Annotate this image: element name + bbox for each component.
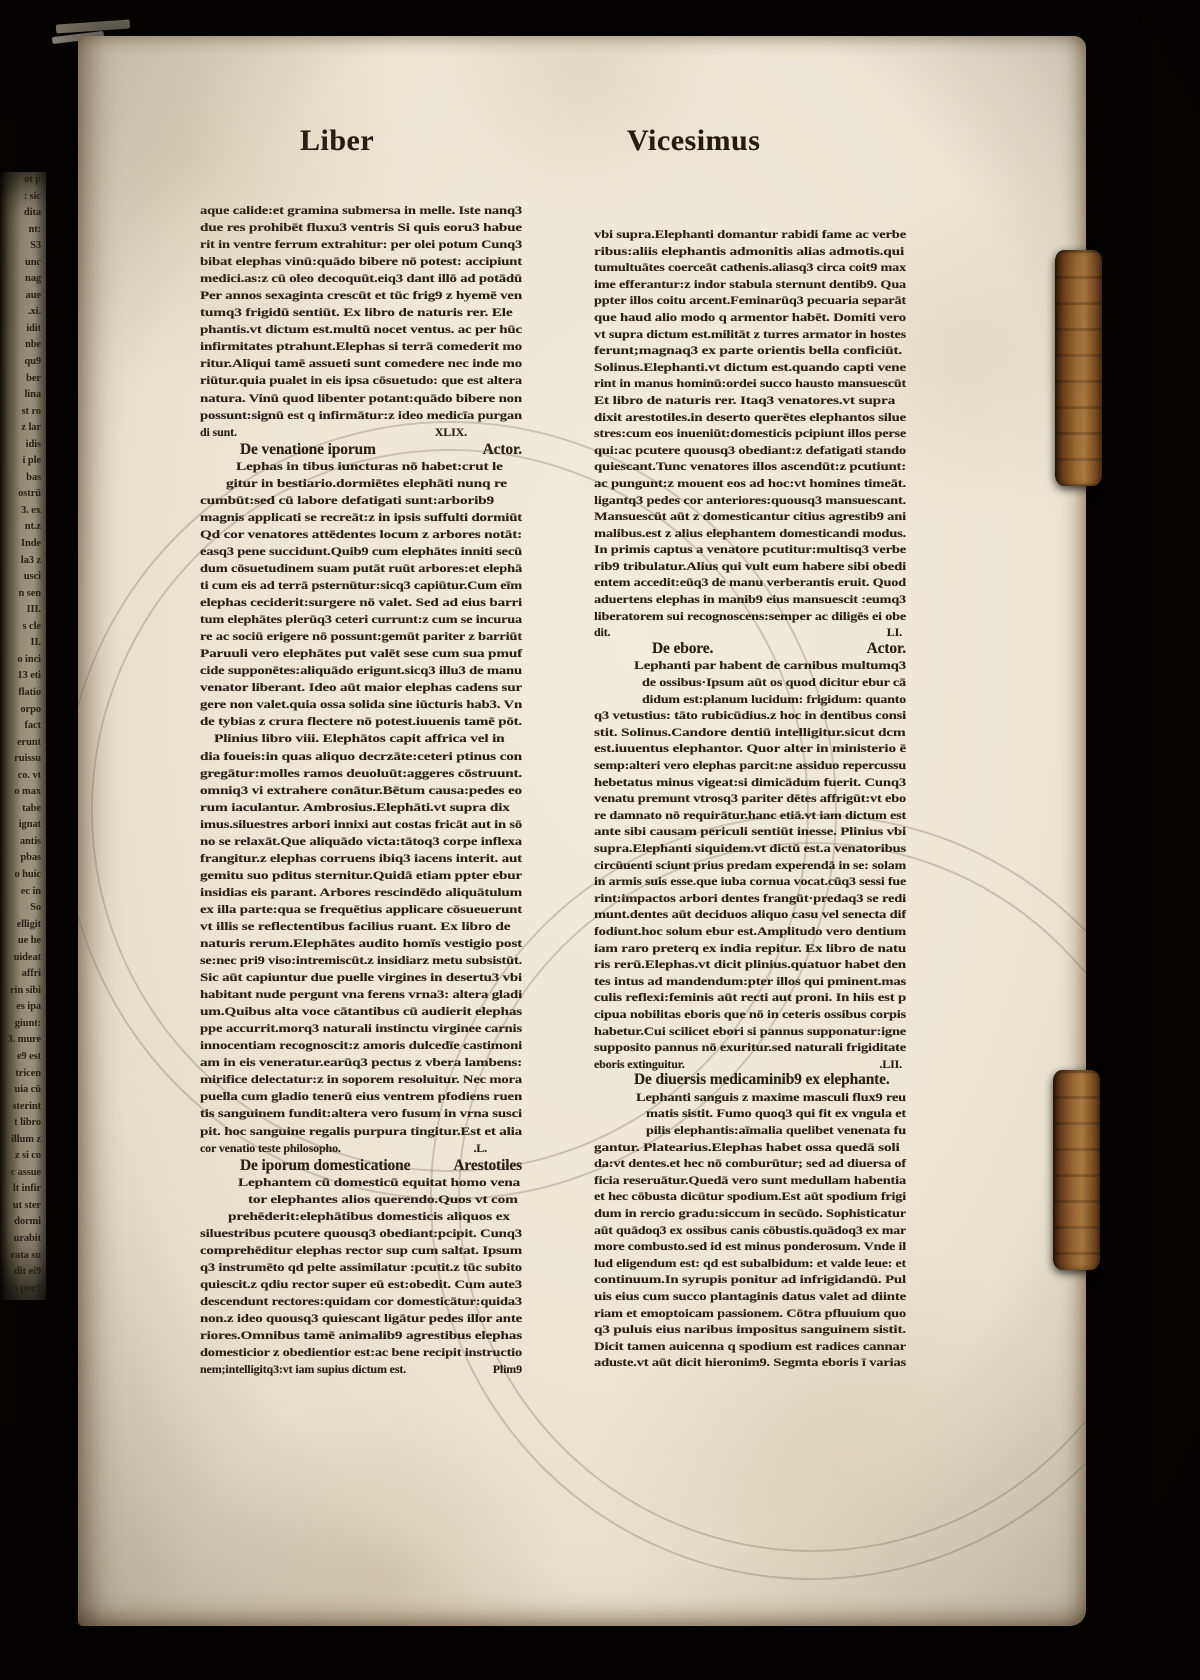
margin-fragment: lina — [0, 387, 46, 404]
margin-fragment: flatio — [0, 685, 46, 702]
text-line: pit. hoc sanguine regalis purpura tingit… — [200, 1123, 522, 1140]
margin-fragment: bas — [0, 470, 46, 487]
text-line: gregātur:molles ramos deuoluūt:aggeres c… — [200, 765, 522, 782]
text-line: ante sibi causam periculi sentiūt inesse… — [594, 823, 906, 840]
text-line: ime efferantur:z indor stabula sternunt … — [594, 276, 906, 293]
margin-fragment: ber — [0, 371, 46, 388]
text-line: ris rerū.Elephas.vt dicit plinius.quatuo… — [594, 956, 906, 973]
text-line: tes intus ad mandendum:pter illos qui pm… — [594, 973, 906, 990]
margin-fragment: 3. ex — [0, 503, 46, 520]
text-line: dum in rercio gradu:siccum in secūdo. So… — [594, 1205, 906, 1222]
margin-fragment: la3 z — [0, 553, 46, 570]
margin-fragment: antis — [0, 834, 46, 851]
text-line: gere non valet.quia ossa solida sine iūc… — [200, 696, 522, 713]
text-line: aque calide:et gramina submersa in melle… — [200, 202, 522, 219]
text-line: Lephanti sanguis z maxime masculi flux9 … — [594, 1089, 906, 1106]
text-line: tum elephātes plerūq3 ceteri currunt:z c… — [200, 611, 522, 628]
margin-fragment: uia cū — [0, 1082, 46, 1099]
margin-fragment: .xi. — [0, 304, 46, 321]
margin-fragment: idit — [0, 321, 46, 338]
text-line: riores.Omnibus tamē animalib9 agrestibus… — [200, 1327, 522, 1344]
text-line: riam et emoptoicam passionem. Cōtra pflu… — [594, 1305, 906, 1322]
margin-fragment: giunt: — [0, 1016, 46, 1033]
text-line: ferunt;magnaq3 ex parte orientis bella c… — [594, 342, 906, 359]
text-line: lud eligendum est: qd est subalbidum: et… — [594, 1255, 906, 1272]
margin-fragment: rata su — [0, 1248, 46, 1265]
text-line: tumultuātes coerceāt cathenis.aliasq3 ci… — [594, 259, 906, 276]
margin-fragment: affri — [0, 966, 46, 983]
previous-page-margin-strip: ot p: sicditant:S3uncnagaue.xi.iditnbequ… — [0, 172, 46, 1300]
text-line: Solinus.Elephanti.vt dictum est.quando c… — [594, 359, 906, 376]
margin-fragment: ut ster — [0, 1198, 46, 1215]
margin-fragment: pbas — [0, 850, 46, 867]
text-line: Et libro de naturis rer. Itaq3 venatores… — [594, 392, 906, 409]
text-line: puella cum gladio tenerū eius ventrem pf… — [200, 1088, 522, 1105]
text-line: culis reflexi:feminis aūt recti aut pron… — [594, 989, 906, 1006]
text-line: malibus.est z alius elephantem domestica… — [594, 525, 906, 542]
text-line: tis sanguinem fundit:altera vero fusum i… — [200, 1105, 522, 1122]
text-line: omniq3 vi extrahere conātur.Bētum causa:… — [200, 782, 522, 799]
margin-fragment: III. — [0, 602, 46, 619]
text-line: semp:alteri vero elephas parcit:ne assid… — [594, 757, 906, 774]
margin-fragment: z lar — [0, 420, 46, 437]
margin-fragment: fact — [0, 718, 46, 735]
margin-fragment: tricen — [0, 1066, 46, 1083]
text-line: dia foueis:in quas aliquo decrzāte:ceter… — [200, 748, 522, 765]
margin-fragment: es ipa — [0, 999, 46, 1016]
text-line: stit. Solinus.Candore dentiū intelligitu… — [594, 724, 906, 741]
margin-fragment: So — [0, 900, 46, 917]
text-line: In primis captus a venatore pcutitur:mul… — [594, 541, 906, 558]
text-line: ribus:aliis elephantis admonitis alias a… — [594, 243, 906, 260]
text-line: elephas ceciderit:surgere nō valet. Sed … — [200, 594, 522, 611]
text-line: ppter illos coitu arcent.Feminarūq3 pecu… — [594, 292, 906, 309]
text-line: imus.siluestres arbori innixi aut costas… — [200, 816, 522, 833]
text-line: eboris extinguitur..LII. — [594, 1056, 906, 1073]
text-line: gantur. Platearius.Elephas habet ossa qu… — [594, 1139, 906, 1156]
margin-fragment: 13 eti — [0, 668, 46, 685]
text-line: phantis.vt dictum est.multū nocet ventus… — [200, 321, 522, 338]
text-line: natura. Vinū quod libenter potant:quādo … — [200, 390, 522, 407]
margin-fragment: elligit — [0, 917, 46, 934]
margin-fragment: lt infir — [0, 1181, 46, 1198]
text-line: iam raro preterq ex india repitur. Ex li… — [594, 940, 906, 957]
text-line: uis eius cum succo plantaginis datus val… — [594, 1288, 906, 1305]
text-line: more combusto.sed id est minus ponderosu… — [594, 1238, 906, 1255]
text-line: pilis elephantis:aīmalia quelibet venena… — [594, 1122, 906, 1139]
margin-fragment: illum z — [0, 1132, 46, 1149]
margin-fragment: urabit — [0, 1231, 46, 1248]
text-line: q3 puluis eius naribus impositus sanguin… — [594, 1321, 906, 1338]
text-line: entem accedit:eūq3 de manu verberantis e… — [594, 574, 906, 591]
text-line: quiescant.Tunc venatores illos ascendūt:… — [594, 458, 906, 475]
text-line: munt.dentes aūt deciduos aliquo casu vel… — [594, 906, 906, 923]
text-line: medici.as:z cū oleo decoquūt.eiq3 dant i… — [200, 270, 522, 287]
text-line: Paruuli vero elephātes put valēt sese cu… — [200, 645, 522, 662]
text-line: qui:ac pcutere quousq3 obediant:z defati… — [594, 442, 906, 459]
text-line: insidias eis parant. Arbores rescindēdo … — [200, 884, 522, 901]
margin-fragment: o max — [0, 784, 46, 801]
text-line: supposito pannus nō exuritur.sed natural… — [594, 1039, 906, 1056]
leather-strap-top — [1055, 250, 1102, 486]
text-line: Sic aūt capiuntur due puelle virgines in… — [200, 969, 522, 986]
text-line: naturis rerum.Elephātes audito homīs ves… — [200, 935, 522, 952]
text-line: ficia reseruātur.Quedā vero sunt medulla… — [594, 1172, 906, 1189]
text-line: ppe accurrit.morq3 naturali instinctu vi… — [200, 1020, 522, 1037]
text-line: descendunt rectores:quidam cor domesticā… — [200, 1293, 522, 1310]
margin-fragment: dormi — [0, 1214, 46, 1231]
margin-fragment: tabe — [0, 801, 46, 818]
text-line: dum cōsuetudinem suam putāt ruūt arbores… — [200, 560, 522, 577]
text-line: que haud alio modo q armentor habēt. Dom… — [594, 309, 906, 326]
text-line: matis sistit. Fumo quoq3 qui fit ex vngu… — [594, 1105, 906, 1122]
margin-fragment: n sen — [0, 586, 46, 603]
section-heading: De iporum domesticationeArestotiles — [200, 1157, 522, 1174]
text-line: Per annos sexaginta crescūt et tūc frig9… — [200, 287, 522, 304]
text-line: aduste.vt aūt dicit hieronim9. Segmta eb… — [594, 1354, 906, 1371]
text-line: et hec cōbusta dicūtur spodium.Est aūt s… — [594, 1188, 906, 1205]
margin-fragment: 3. mure — [0, 1032, 46, 1049]
text-line: rit in ventre ferrum extrahitur: per ole… — [200, 236, 522, 253]
text-line: mirifice delectatur:z in soporem resolui… — [200, 1071, 522, 1088]
leather-strap-bottom — [1053, 1070, 1100, 1270]
text-line: venator liberant. Ideo aūt maior elephas… — [200, 679, 522, 696]
text-line: easq3 pene succidunt.Quib9 cum elephātes… — [200, 543, 522, 560]
margin-fragment: t libro — [0, 1115, 46, 1132]
text-line: ritur.Aliqui tamē assueti sunt comedere … — [200, 355, 522, 372]
text-line: infirmitates ptrahunt.Elephas si terrā c… — [200, 338, 522, 355]
section-heading: De venatione iporumActor. — [200, 441, 522, 458]
section-heading: De diuersis medicaminib9 ex elephante. — [594, 1072, 906, 1089]
margin-fragment: e9 est — [0, 1049, 46, 1066]
left-text-column: aque calide:et gramina submersa in melle… — [200, 202, 522, 1378]
text-line: ti cum eis ad terrā psternūtur:sicq3 cap… — [200, 577, 522, 594]
photo-of-incunabulum: { "colors": { "background": "#060402", "… — [0, 0, 1200, 1680]
margin-fragment: o inci — [0, 652, 46, 669]
text-line: frangitur.z elephas corruens ibiq3 iacen… — [200, 850, 522, 867]
margin-fragment: nt.z — [0, 519, 46, 536]
text-line: Mansuescūt aūt z domesticantur citius ag… — [594, 508, 906, 525]
text-line: domesticior z obedientior est:ac bene re… — [200, 1344, 522, 1361]
book-page: Liber Vicesimus aque calide:et gramina s… — [78, 36, 1086, 1626]
margin-fragment: erunt — [0, 735, 46, 752]
text-line: ex illa parte:qua se frequētius applicar… — [200, 901, 522, 918]
text-line: gitur in bestiario.dormiētes elephāti nu… — [200, 475, 522, 492]
margin-fragment: ruissu — [0, 751, 46, 768]
text-line: hebetatus minus vigeat:si dimicādum fuer… — [594, 774, 906, 791]
text-line: prehēderit:elephātibus domesticis aliquo… — [200, 1208, 522, 1225]
text-line: vt illis se reflectentibus facilius ruan… — [200, 918, 522, 935]
right-text-column: vbi supra.Elephanti domantur rabidi fame… — [594, 226, 906, 1371]
margin-fragment: nbe — [0, 337, 46, 354]
text-line: in armis suis esse.que iuba cornua vocat… — [594, 873, 906, 890]
text-line: est.iuuentus elephantor. Quor alter in m… — [594, 740, 906, 757]
text-line: bibat elephas vinū:quādo bibere nō potes… — [200, 253, 522, 270]
text-line: ac pungunt:z mouent eos ad hoc:vt homine… — [594, 475, 906, 492]
text-line: stres:cum eos inueniūt:domesticis pcipiu… — [594, 425, 906, 442]
text-line: rint in manus hominū:ordei succo hausto … — [594, 375, 906, 392]
text-line: Lephas in tibus iuncturas nō habet:crut … — [200, 458, 522, 475]
text-line: rib9 tribulatur.Alius qui vult eum haber… — [594, 558, 906, 575]
text-line: liberatorem sui recognoscens:semper ac d… — [594, 608, 906, 625]
margin-fragment: ec in — [0, 884, 46, 901]
text-line: no se relaxāt.Que aliquādo victa:tātoq3 … — [200, 833, 522, 850]
margin-fragment: aue — [0, 288, 46, 305]
margin-fragment: co. vt — [0, 768, 46, 785]
text-line: vbi supra.Elephanti domantur rabidi fame… — [594, 226, 906, 243]
margin-fragment: rin sibi — [0, 983, 46, 1000]
text-line: de ossibus·Ipsum aūt os quod dicitur ebu… — [594, 674, 906, 691]
text-line: um.Quibus alta voce cātantibus cū audier… — [200, 1003, 522, 1020]
margin-fragment: st ro — [0, 404, 46, 421]
text-line: rint:impactos arbori dentes frangūt·pred… — [594, 890, 906, 907]
text-line: vt supra dictum est.militāt z turres arm… — [594, 326, 906, 343]
text-line: aduertens elephas in manib9 eius mansues… — [594, 591, 906, 608]
text-line: am in eis veneratur.earūq3 pectus z vber… — [200, 1054, 522, 1071]
text-line: quiescit.z qdiu rector super eū est:obed… — [200, 1276, 522, 1293]
margin-fragment: i ple — [0, 453, 46, 470]
margin-fragment: idis — [0, 437, 46, 454]
margin-fragment: z si co — [0, 1148, 46, 1165]
margin-fragment: ostrū — [0, 486, 46, 503]
text-line: comprehēditur elephas rector sup cum sal… — [200, 1242, 522, 1259]
text-line: dixit arestotiles.in deserto querētes el… — [594, 409, 906, 426]
margin-fragment: unc — [0, 255, 46, 272]
text-line: venatu premunt vtrosq3 pariter dētes aff… — [594, 790, 906, 807]
margin-fragment: usci — [0, 569, 46, 586]
text-line: cipua nobilitas eboris que nō in ceteris… — [594, 1006, 906, 1023]
text-line: di sunt.XLIX. — [200, 424, 522, 441]
text-line: ligantq3 pedes cor anteriores:quousq3 ma… — [594, 492, 906, 509]
text-line: due res prohibēt fluxu3 ventris Si quis … — [200, 219, 522, 236]
text-line: q3 instrumēto qd pelte assimilatur :pcut… — [200, 1259, 522, 1276]
text-line: fodiunt.hoc solum ebur est.Amplitudo ver… — [594, 923, 906, 940]
text-line: habetur.Cui scilicet ebori si pannus sup… — [594, 1023, 906, 1040]
margin-fragment: sterint — [0, 1099, 46, 1116]
margin-fragment: ue he — [0, 933, 46, 950]
margin-fragment: qu9 — [0, 354, 46, 371]
margin-fragment: s cle — [0, 619, 46, 636]
margin-fragment: nag — [0, 271, 46, 288]
text-line: Plinius libro viii. Elephātos capit affr… — [200, 730, 522, 747]
margin-fragment: uideat — [0, 950, 46, 967]
margin-fragment: II. — [0, 635, 46, 652]
text-line: Lephantem cū domesticū equitat homo vena — [200, 1174, 522, 1191]
text-line: possunt:signū est q infirmātur:z ideo me… — [200, 407, 522, 424]
text-line: cumbūt:sed cū labore defatigati sunt:arb… — [200, 492, 522, 509]
text-line: Lephanti par habent de carnibus multumq3 — [594, 657, 906, 674]
margin-fragment: ignat — [0, 817, 46, 834]
text-line: Dicit tamen auicenna q spodium est radic… — [594, 1338, 906, 1355]
text-line: non.z ideo quousq3 quiescant ligātur ped… — [200, 1310, 522, 1327]
text-line: cor venatio teste philosopho..L. — [200, 1140, 522, 1157]
text-line: re ac sociū erigere nō possunt:gemūt par… — [200, 628, 522, 645]
section-heading: De ebore.Actor. — [594, 641, 906, 658]
text-line: magnis applicati se recreāt:z in ipsis s… — [200, 509, 522, 526]
text-line: gemitu suo pditus sternitur.Quidā etiam … — [200, 867, 522, 884]
margin-fragment: Inde — [0, 536, 46, 553]
text-line: siluestribus pcutere quousq3 obediant:pc… — [200, 1225, 522, 1242]
text-line: riūtur.quia pualet in eis ipsa cōsuetudo… — [200, 372, 522, 389]
margin-fragment: c assue — [0, 1165, 46, 1182]
text-line: nem;intelligitq3:vt iam supius dictum es… — [200, 1361, 522, 1378]
text-line: tumq3 frigidū sentiūt. Ex libro de natur… — [200, 304, 522, 321]
margin-fragment: is por9 — [0, 1281, 46, 1298]
margin-fragment: o huic — [0, 867, 46, 884]
text-line: habitant nude pergunt vna ferens vrna3: … — [200, 986, 522, 1003]
text-line: tor elephantes alios querendo.Quos vt co… — [200, 1191, 522, 1208]
margin-fragment: : sic — [0, 189, 46, 206]
margin-fragment: dit ei9 — [0, 1264, 46, 1281]
running-header-right: Vicesimus — [627, 124, 760, 158]
running-header-left: Liber — [300, 124, 374, 158]
margin-fragment: dita — [0, 205, 46, 222]
text-line: q3 vetustius: tāto rubicūdius.z hoc in d… — [594, 707, 906, 724]
text-line: re damnato nō requirātur.hanc etiā.vt ia… — [594, 807, 906, 824]
text-line: innocentiam recognoscit:z amoris dulcedī… — [200, 1037, 522, 1054]
text-line: supra.Elephanti siquidem.vt dictū est.a … — [594, 840, 906, 857]
text-line: da:vt dentes.et hec nō comburūtur; sed a… — [594, 1155, 906, 1172]
margin-fragment: nt: — [0, 222, 46, 239]
margin-fragment: S3 — [0, 238, 46, 255]
text-line: cide supponētes:aliquādo erigunt.sicq3 i… — [200, 662, 522, 679]
text-line: aūt quādoq3 ex ossibus canis cōbustis.qu… — [594, 1222, 906, 1239]
text-line: dit.LI. — [594, 624, 906, 641]
text-line: se:nec pri9 viso:intremiscūt.z insidiarz… — [200, 952, 522, 969]
text-line: continuum.In syrupis ponitur ad infrigid… — [594, 1271, 906, 1288]
text-line: circūuenti sciunt prius predam experendā… — [594, 857, 906, 874]
text-line: didum est:planum lucidum: frigidum: quan… — [594, 691, 906, 708]
text-line: Qd cor venatores attēdentes locum z arbo… — [200, 526, 522, 543]
margin-fragment: orpo — [0, 702, 46, 719]
text-line: rum iaculantur. Ambrosius.Elephāti.vt su… — [200, 799, 522, 816]
text-line: de tybias z crura flectere nō potest.iuu… — [200, 713, 522, 730]
margin-fragment: ot p — [0, 172, 46, 189]
